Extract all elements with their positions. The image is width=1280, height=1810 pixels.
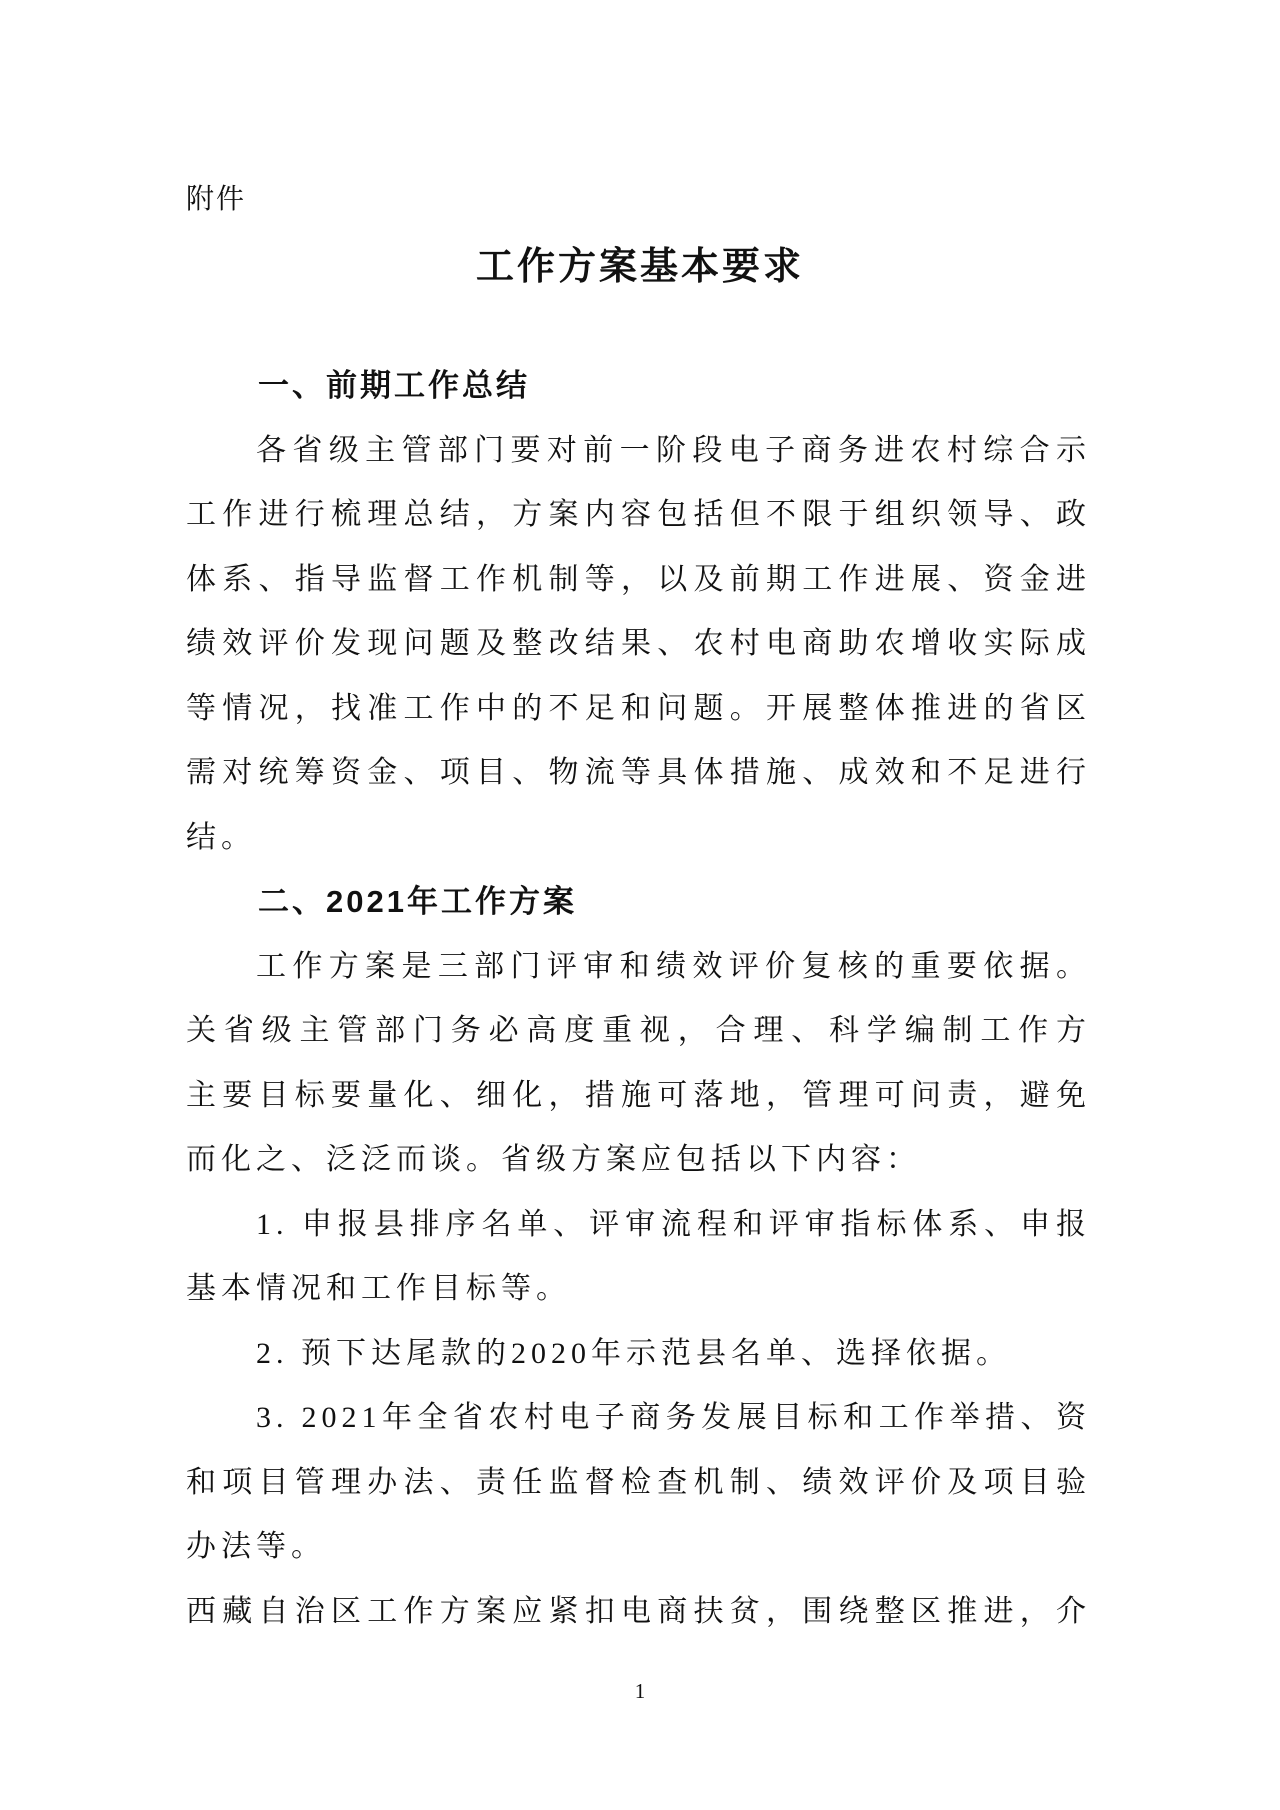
- body-line: 基本情况和工作目标等。: [186, 1257, 1091, 1322]
- body-line: 等情况，找准工作中的不足和问题。开展整体推进的省区还: [186, 677, 1091, 742]
- attachment-label: 附件: [186, 177, 246, 217]
- body-line: 办法等。: [186, 1515, 1091, 1580]
- body-line: 工作方案是三部门评审和绩效评价复核的重要依据。有: [186, 935, 1091, 1000]
- body-line: 绩效评价发现问题及整改结果、农村电商助农增收实际成效: [186, 612, 1091, 677]
- body-line: 主要目标要量化、细化，措施可落地，管理可问责，避免大: [186, 1064, 1091, 1129]
- body-line: 西藏自治区工作方案应紧扣电商扶贫，围绕整区推进，介绍: [186, 1580, 1091, 1645]
- body-line: 各省级主管部门要对前一阶段电子商务进农村综合示范: [186, 419, 1091, 484]
- body-line: 1. 申报县排序名单、评审流程和评审指标体系、申报县: [186, 1193, 1091, 1258]
- body-line: 而化之、泛泛而谈。省级方案应包括以下内容：: [186, 1128, 1091, 1193]
- document-page: 附件 工作方案基本要求 一、前期工作总结各省级主管部门要对前一阶段电子商务进农村…: [0, 0, 1280, 1810]
- page-title: 工作方案基本要求: [0, 235, 1280, 290]
- document-body: 一、前期工作总结各省级主管部门要对前一阶段电子商务进农村综合示范工作进行梳理总结…: [186, 354, 1091, 1644]
- section-heading: 二、2021年工作方案: [186, 870, 1091, 935]
- body-line: 需对统筹资金、项目、物流等具体措施、成效和不足进行总: [186, 741, 1091, 806]
- body-line: 和项目管理办法、责任监督检查机制、绩效评价及项目验收: [186, 1451, 1091, 1516]
- body-line: 体系、指导监督工作机制等，以及前期工作进展、资金进度、: [186, 548, 1091, 613]
- section-heading: 一、前期工作总结: [186, 354, 1091, 419]
- page-number: 1: [0, 1679, 1280, 1703]
- body-line: 工作进行梳理总结，方案内容包括但不限于组织领导、政策: [186, 483, 1091, 548]
- body-line: 关省级主管部门务必高度重视，合理、科学编制工作方案，: [186, 999, 1091, 1064]
- body-line: 2. 预下达尾款的2020年示范县名单、选择依据。: [186, 1322, 1091, 1387]
- body-line: 3. 2021年全省农村电子商务发展目标和工作举措、资金: [186, 1386, 1091, 1451]
- body-line: 结。: [186, 806, 1091, 871]
